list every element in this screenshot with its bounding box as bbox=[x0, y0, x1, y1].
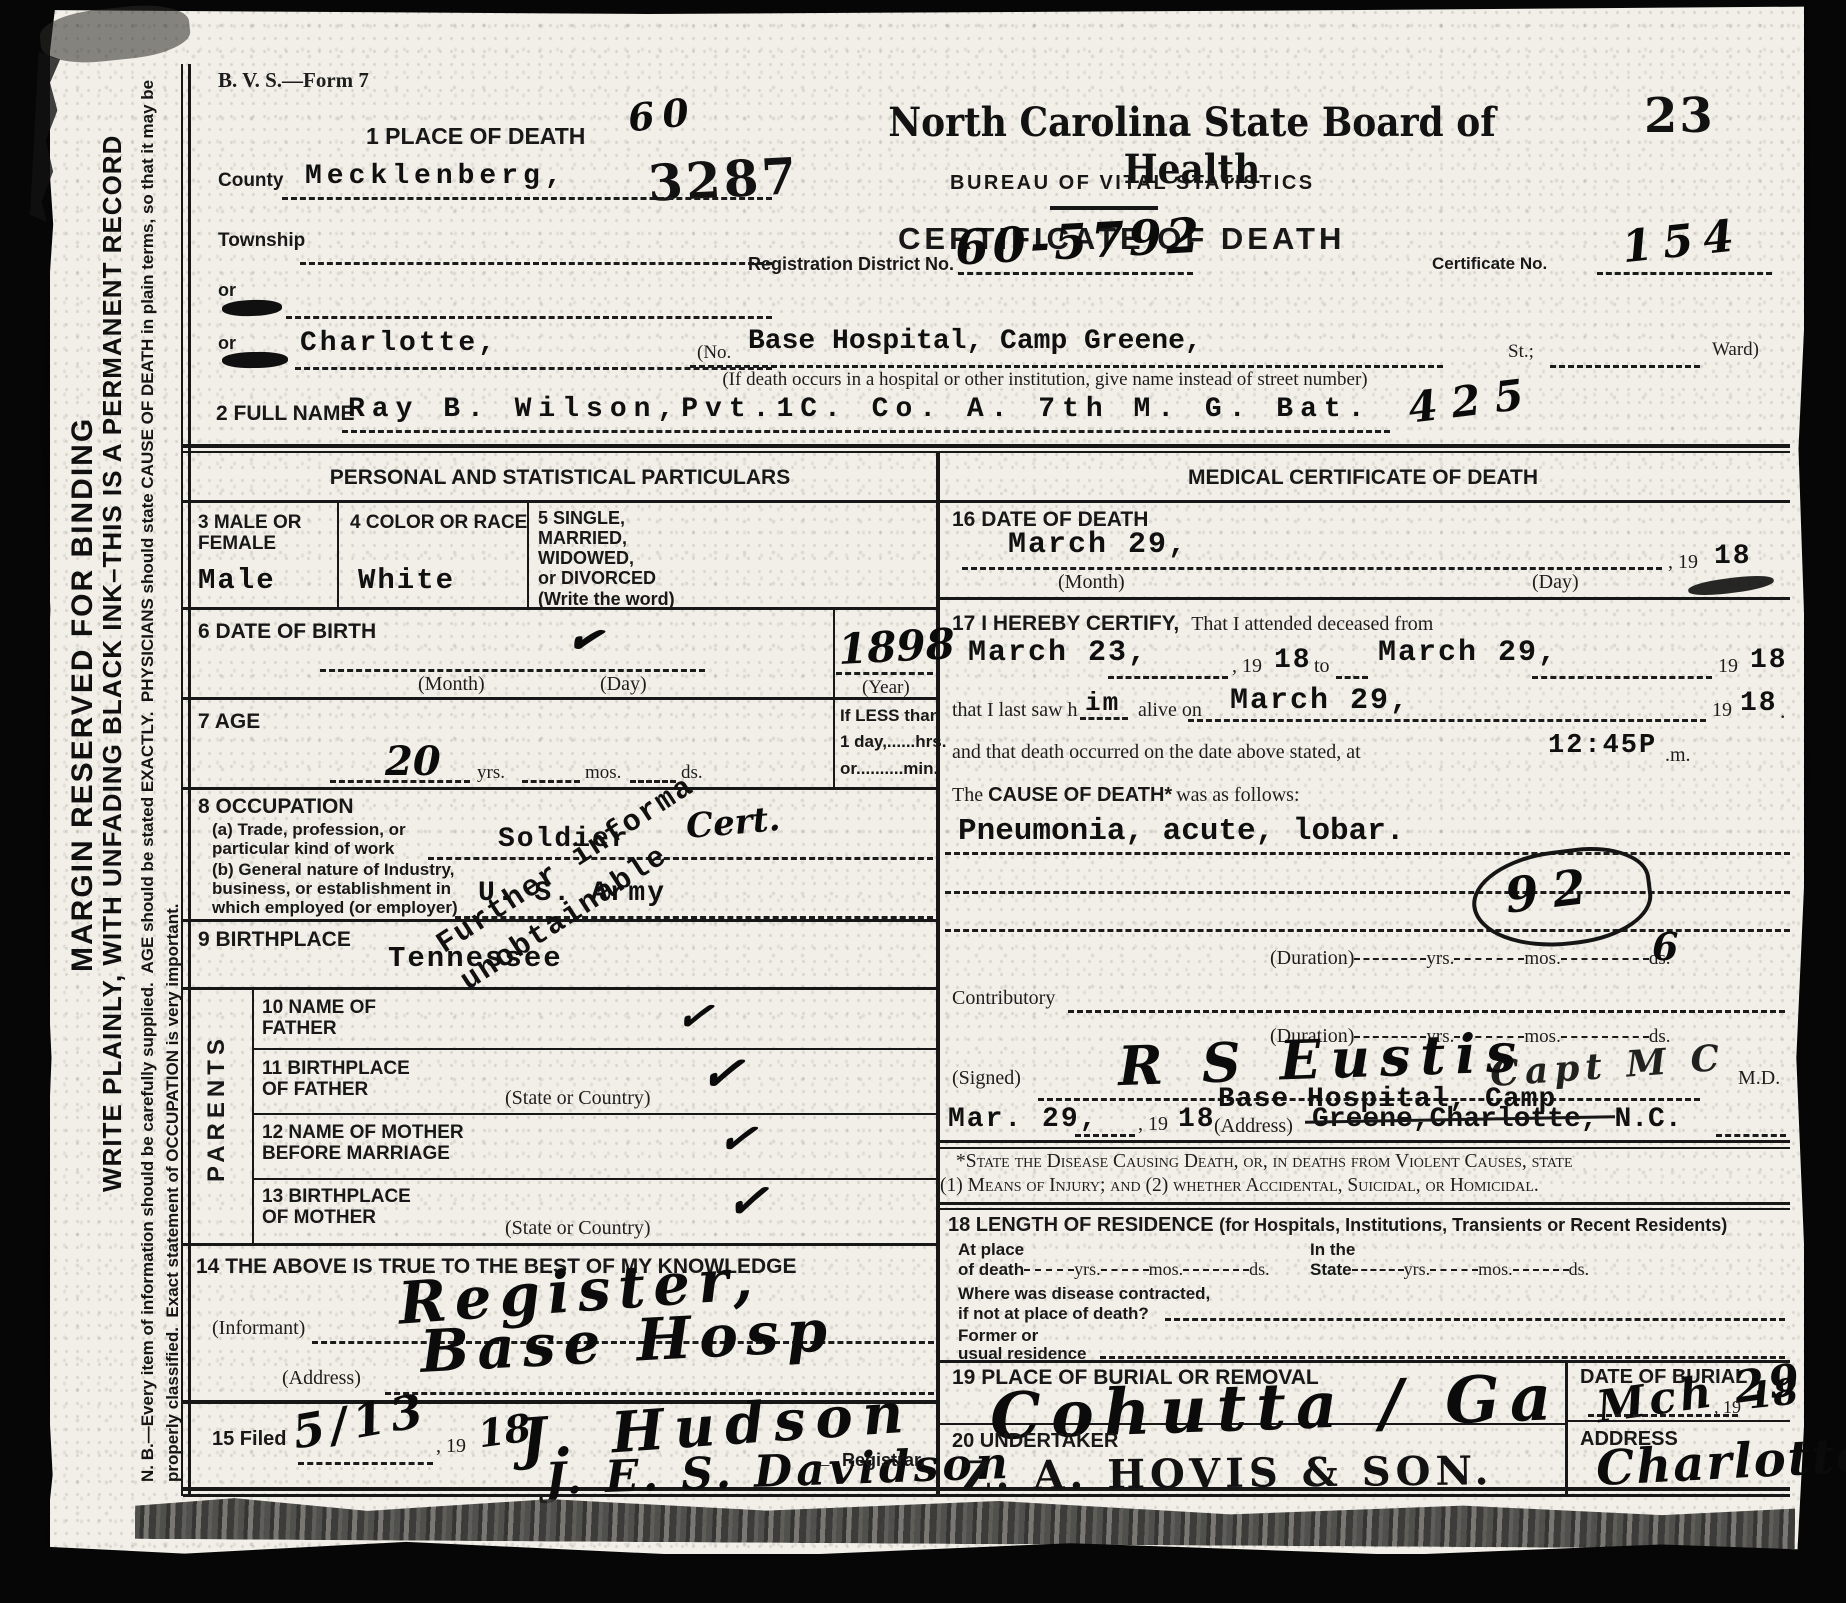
bureau-underline bbox=[1050, 206, 1158, 210]
institution-line bbox=[690, 365, 1443, 368]
field9-label: 9 BIRTHPLACE bbox=[198, 928, 351, 952]
lastsaw-im-line bbox=[1080, 717, 1128, 720]
divider-burial-date bbox=[1565, 1360, 1568, 1494]
field16-year-value: 18 bbox=[1714, 543, 1752, 571]
field17-line-a bbox=[1108, 676, 1228, 679]
personal-title: PERSONAL AND STATISTICAL PARTICULARS bbox=[285, 466, 835, 490]
margin-permanent-note: WRITE PLAINLY, WITH UNFADING BLACK INK–T… bbox=[98, 135, 127, 1192]
field13-hint: (State or Country) bbox=[505, 1218, 651, 1238]
pencil-60-annotation: 60 bbox=[626, 93, 698, 138]
dotted-leader bbox=[1513, 1267, 1569, 1271]
field6-day-hint: (Day) bbox=[600, 674, 647, 694]
cause-line-2 bbox=[945, 891, 1790, 894]
dotted-leader bbox=[1352, 1267, 1404, 1271]
rule-parents-10 bbox=[252, 1048, 936, 1050]
county-line bbox=[282, 197, 772, 200]
occurred-m-print: .m. bbox=[1665, 745, 1691, 765]
field18-usual-label: usual residence bbox=[958, 1344, 1087, 1363]
field18-ofdeath-label: of death bbox=[958, 1260, 1024, 1279]
field17-line-c bbox=[1532, 676, 1712, 679]
field18-label-line: 18 LENGTH OF RESIDENCE (for Hospitals, I… bbox=[948, 1214, 1727, 1236]
rule-footnote-bottom-a bbox=[936, 1202, 1790, 1205]
header-bottom-rule-b bbox=[183, 451, 1790, 453]
field16-value: March 29, bbox=[1008, 530, 1188, 560]
column-divider bbox=[936, 451, 940, 1494]
field4-value: White bbox=[358, 566, 455, 595]
burial-date-line bbox=[1588, 1414, 1738, 1417]
field8b-label: (b) General nature of Industry, business… bbox=[212, 860, 458, 917]
duration1-mos: mos. bbox=[1524, 948, 1560, 969]
field18-state-label: State bbox=[1310, 1260, 1352, 1279]
circled-92-value: 92 bbox=[1503, 862, 1603, 921]
field18-ifnot-label: if not at place of death? bbox=[958, 1304, 1149, 1323]
field17-label-line: 17 I HEREBY CERTIFY, That I attended dec… bbox=[952, 612, 1433, 636]
field6-line bbox=[320, 669, 705, 672]
reg-district-value: 60-5792 bbox=[954, 212, 1204, 273]
lastsaw-im-value: im bbox=[1085, 690, 1120, 716]
duration1-label: (Duration) bbox=[1270, 947, 1354, 969]
certno-label: Certificate No. bbox=[1432, 254, 1547, 273]
field15-line bbox=[298, 1462, 433, 1465]
field13-checkmark-mark: ✓ bbox=[724, 1175, 769, 1228]
lastsaw-line bbox=[1188, 719, 1706, 722]
parents-group-label: PARENTS bbox=[204, 1034, 231, 1182]
field18-ds2: ds. bbox=[1569, 1259, 1590, 1279]
field7-less-than-note: If LESS than 1 day,......hrs. or........… bbox=[840, 703, 946, 782]
field17-label-rest: That I attended deceased from bbox=[1191, 613, 1433, 635]
field7-yrs-hint: yrs. bbox=[477, 763, 505, 782]
rule-row16-bottom bbox=[936, 597, 1790, 600]
rule-row6-bottom bbox=[183, 697, 936, 700]
dotted-leader bbox=[1561, 1034, 1649, 1038]
undertaker-address-value: Charlotte bbox=[1595, 1431, 1846, 1493]
dotted-leader bbox=[1430, 1267, 1478, 1271]
divider-cell3-4 bbox=[337, 500, 339, 607]
field12-checkmark-mark: ✓ bbox=[715, 1113, 760, 1164]
informant-address-label: (Address) bbox=[282, 1368, 361, 1388]
field12-label: 12 NAME OF MOTHER BEFORE MARRIAGE bbox=[262, 1122, 464, 1165]
field17-until-value: March 29, bbox=[1378, 638, 1558, 668]
field18-atplace-label: At place bbox=[958, 1240, 1024, 1259]
signed-year-value: 18 bbox=[1178, 1106, 1216, 1134]
or-label-2: or bbox=[218, 333, 236, 353]
county-value: Mecklenberg, bbox=[305, 163, 567, 191]
field18-label-bold: 18 LENGTH OF RESIDENCE bbox=[948, 1214, 1219, 1236]
field17-from-value: March 23, bbox=[968, 638, 1148, 668]
field3-label: 3 MALE OR FEMALE bbox=[198, 512, 301, 555]
lastsaw-19-print: 19 bbox=[1712, 700, 1732, 720]
field3-value: Male bbox=[198, 566, 276, 595]
rule-parents-bottom bbox=[183, 1243, 936, 1246]
or-label-1: or bbox=[218, 280, 236, 300]
field6-month-hint: (Month) bbox=[418, 674, 485, 694]
rule-row7-bottom bbox=[183, 787, 936, 790]
serial-number-stamp: 3287 bbox=[647, 146, 801, 213]
field5-label: 5 SINGLE, MARRIED, WIDOWED, or DIVORCED … bbox=[538, 508, 675, 609]
field10-label: 10 NAME OF FATHER bbox=[262, 997, 376, 1040]
fullname-line bbox=[342, 430, 1390, 433]
no-paren-label: (No. bbox=[697, 343, 731, 362]
field16-19-print: , 19 bbox=[1668, 552, 1698, 572]
field17-year-b: 18 bbox=[1750, 647, 1788, 675]
form-number: B. V. S.—Form 7 bbox=[218, 70, 369, 91]
reg-district-label: Registration District No. bbox=[748, 254, 954, 274]
rule-parents-12 bbox=[252, 1178, 936, 1180]
certno-value: 154 bbox=[1620, 214, 1746, 270]
field18-label-rest: (for Hospitals, Institutions, Transients… bbox=[1219, 1215, 1727, 1235]
footnote-line2: (1) Means of Injury; and (2) whether Acc… bbox=[940, 1176, 1539, 1196]
divider-year-subcell bbox=[833, 607, 835, 787]
divider-parents-label bbox=[252, 987, 254, 1243]
page-number-stamp: 23 bbox=[1644, 88, 1715, 144]
rule-under-titles bbox=[183, 500, 1790, 503]
undertaker-stamp-value: Z. A. HOVIS & SON. bbox=[962, 1447, 1494, 1500]
bureau-subtitle: BUREAU OF VITAL STATISTICS bbox=[950, 172, 1260, 194]
field18-former-label: Former or bbox=[958, 1326, 1038, 1345]
form-left-border-inner bbox=[188, 64, 191, 1496]
st-line bbox=[1550, 365, 1700, 368]
field11-hint: (State or Country) bbox=[505, 1088, 651, 1108]
lastsaw-date-value: March 29, bbox=[1230, 686, 1410, 716]
field18-ds1: ds. bbox=[1249, 1259, 1270, 1279]
field13-label: 13 BIRTHPLACE OF MOTHER bbox=[262, 1186, 411, 1229]
field8a-label: (a) Trade, profession, or particular kin… bbox=[212, 820, 406, 858]
field7-mos-hint: mos. bbox=[585, 763, 621, 782]
signed-19-print: , 19 bbox=[1138, 1114, 1168, 1134]
lastsaw-pre-print: that I last saw h bbox=[952, 700, 1078, 720]
signed-address-tail-line bbox=[1716, 1134, 1786, 1137]
death-certificate-scan: MARGIN RESERVED FOR BINDING WRITE PLAINL… bbox=[0, 0, 1846, 1603]
field20-label: 20 UNDERTAKER bbox=[952, 1430, 1118, 1452]
field16-month-hint: (Month) bbox=[1058, 572, 1125, 592]
field18-inthe-label: In the bbox=[1310, 1240, 1355, 1259]
duration1-line: (Duration)yrs.mos.ds. bbox=[1270, 948, 1671, 969]
field7-label: 7 AGE bbox=[198, 710, 260, 734]
header-bottom-rule-a bbox=[183, 444, 1790, 448]
footnote-line1: *State the Disease Causing Death, or, in… bbox=[956, 1152, 1573, 1172]
field11-label: 11 BIRTHPLACE OF FATHER bbox=[262, 1058, 410, 1101]
field18-ofdeath-line: of deathyrs.mos.ds. bbox=[958, 1260, 1270, 1280]
cause-line-1 bbox=[945, 852, 1790, 855]
fullname-value: Ray B. Wilson,Pvt.1C. Co. A. 7th M. G. B… bbox=[348, 396, 1372, 424]
city-value: Charlotte, bbox=[300, 330, 498, 358]
field17-line-b bbox=[1336, 676, 1368, 679]
duration1-ds-value: 6 bbox=[1652, 928, 1678, 966]
physician-signature: R S Eustis bbox=[1117, 1025, 1527, 1093]
field15-label: 15 Filed bbox=[212, 1428, 286, 1450]
field15-19-print: , 19 bbox=[436, 1436, 466, 1456]
rule-footnote-bottom-b bbox=[936, 1208, 1790, 1210]
lastsaw-period: . bbox=[1780, 700, 1786, 722]
field6-year-hint: (Year) bbox=[862, 678, 910, 697]
dotted-leader bbox=[1183, 1267, 1249, 1271]
field18-yrs1: yrs. bbox=[1074, 1259, 1101, 1279]
field18-state-line: Stateyrs.mos.ds. bbox=[1310, 1260, 1589, 1280]
duration1-yrs: yrs. bbox=[1426, 948, 1454, 969]
section1-place-of-death: 1 PLACE OF DEATH bbox=[366, 124, 585, 150]
field6-year-value: 1898 bbox=[837, 623, 956, 671]
field18-mos1: mos. bbox=[1149, 1259, 1184, 1279]
contributory-label: Contributory bbox=[952, 988, 1055, 1008]
field18-mos2: mos. bbox=[1478, 1259, 1513, 1279]
institution-note: (If death occurs in a hospital or other … bbox=[640, 370, 1450, 389]
rule-parents-11 bbox=[252, 1113, 936, 1115]
signed-date-value: Mar. 29, bbox=[948, 1106, 1098, 1134]
contributory-line bbox=[1068, 1010, 1785, 1013]
form-left-border-outer bbox=[181, 64, 183, 1496]
signed-label: (Signed) bbox=[952, 1068, 1021, 1088]
or-line-1 bbox=[286, 316, 772, 319]
burial-year-value: 18 bbox=[1746, 1373, 1800, 1414]
field7-value: 20 bbox=[385, 742, 441, 782]
cause-value: Pneumonia, acute, lobar. bbox=[958, 816, 1404, 847]
cause-bold: CAUSE OF DEATH* bbox=[988, 784, 1172, 806]
field6-label: 6 DATE OF BIRTH bbox=[198, 620, 376, 644]
lastsaw-post-print: alive on bbox=[1138, 700, 1202, 720]
dotted-leader bbox=[1561, 956, 1649, 960]
field4-label: 4 COLOR OR RACE bbox=[350, 512, 527, 533]
registrar-arrow-icon: ← bbox=[812, 1450, 834, 1475]
field18-usual-line bbox=[1100, 1356, 1785, 1359]
duration2-mos: mos. bbox=[1524, 1026, 1560, 1047]
rule-row9-bottom bbox=[183, 987, 936, 990]
fullname-label: 2 FULL NAME bbox=[216, 402, 354, 426]
lastsaw-year-value: 18 bbox=[1740, 690, 1778, 718]
rule-footnote-top-b bbox=[936, 1147, 1790, 1149]
medical-title: MEDICAL CERTIFICATE OF DEATH bbox=[1013, 466, 1713, 490]
signed-address-label: (Address) bbox=[1214, 1116, 1293, 1136]
informant-label: (Informant) bbox=[212, 1318, 305, 1338]
cause-pre: The bbox=[952, 784, 988, 806]
occurred-time-value: 12:45P bbox=[1548, 733, 1657, 760]
field7-mos-line bbox=[522, 780, 580, 783]
field8-label: 8 OCCUPATION bbox=[198, 795, 354, 819]
rule-footnote-top-a bbox=[936, 1140, 1790, 1143]
occurred-label-print: and that death occurred on the date abov… bbox=[952, 742, 1361, 762]
dotted-leader bbox=[1354, 956, 1426, 960]
field16-day-hint: (Day) bbox=[1532, 572, 1579, 592]
st-label: St.; bbox=[1508, 342, 1534, 361]
signed-md-print: M.D. bbox=[1738, 1068, 1780, 1088]
field18-yrs2: yrs. bbox=[1404, 1259, 1431, 1279]
field11-checkmark-mark: ✓ bbox=[697, 1046, 746, 1102]
township-line bbox=[300, 262, 772, 265]
cause-post: was as follows: bbox=[1176, 784, 1299, 806]
institution-value: Base Hospital, Camp Greene, bbox=[748, 328, 1202, 356]
field18-ifnot-line bbox=[1165, 1318, 1785, 1321]
cause-label-line: The CAUSE OF DEATH* was as follows: bbox=[952, 784, 1300, 806]
field17-19b-print: 19 bbox=[1718, 656, 1738, 676]
county-label: County bbox=[218, 170, 283, 191]
township-label: Township bbox=[218, 230, 305, 251]
field18-where-label: Where was disease contracted, bbox=[958, 1284, 1210, 1303]
dotted-leader bbox=[1454, 956, 1524, 960]
field6-checkmark-mark: ✔ bbox=[565, 617, 605, 662]
certno-line bbox=[1597, 272, 1772, 275]
field17-year-a: 18 bbox=[1274, 647, 1312, 675]
ward-label: Ward) bbox=[1712, 340, 1759, 359]
field16-line bbox=[962, 567, 1662, 570]
field10-checkmark-mark: ✓ bbox=[673, 993, 716, 1042]
dotted-leader bbox=[1101, 1267, 1149, 1271]
signed-date-line bbox=[1075, 1134, 1135, 1137]
field17-label-bold: 17 I HEREBY CERTIFY, bbox=[952, 612, 1179, 635]
margin-nb-note: N. B.—Every item of information should b… bbox=[136, 80, 185, 1482]
registrar-label: Registrar. bbox=[842, 1450, 925, 1470]
field17-19a-print: , 19 bbox=[1232, 656, 1262, 676]
dotted-leader bbox=[1024, 1267, 1074, 1271]
field17-to-print: to bbox=[1314, 656, 1330, 676]
scan-edge-left bbox=[0, 0, 56, 1603]
margin-binding-note: MARGIN RESERVED FOR BINDING bbox=[66, 417, 100, 972]
